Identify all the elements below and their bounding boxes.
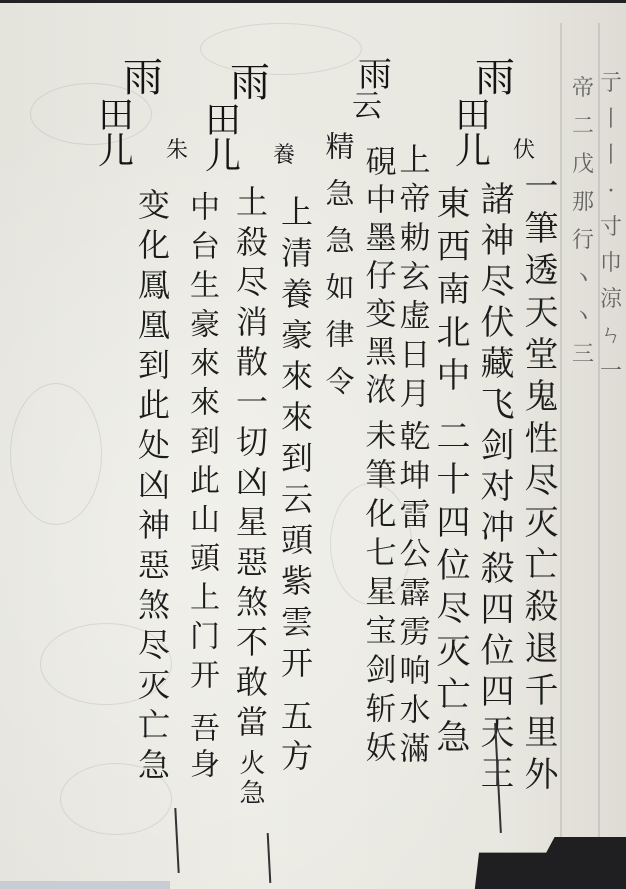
glyph-rain-radical: 雨 [340,58,410,92]
column-text: 諸神尽伏藏飞剑对冲殺四位四天王 [477,181,511,796]
text-column-b: 諸神尽伏藏飞剑对冲殺四位四天王 [476,181,512,796]
text-column-d: 上帝勅玄虚日月 乾坤雷公霹雳响水滿 [394,143,428,771]
column-text: 上帝勅玄虚日月 [396,143,427,416]
column-text-continued: 二十四位尽灭亡急 [433,418,467,762]
glyph-rain-radical: 雨 [98,58,188,98]
paper-fiber [10,383,102,525]
text-column-f: 精急急如律令 [322,131,354,413]
dark-background-corner [416,837,626,889]
glyph-bottom: 云 [340,92,410,122]
text-column-j: 变化鳳凰到此处凶神惡煞尽灭亡急 [134,188,170,788]
column-text: 上清養豪來來到云頭紫雲开 [279,195,311,687]
glyph-bottom: 田儿 養 [205,103,295,175]
column-text-continued: 乾坤雷公霹雳响水滿 [396,420,427,771]
column-text-continued: 五方 [279,699,311,779]
column-text: 東西南北中 [433,185,467,400]
talisman-tail-stroke [267,833,272,883]
edge-strip-outer: 亍 丨 丨 · 寸 巾 涼 ㄣ 一 [600,73,622,383]
column-text: 中台生豪來來到此山頭上门开 [186,191,216,698]
column-text: 土殺尽消散一切凶星惡煞不敢當 [234,185,266,745]
glyph-bottom: 田儿 伏 [455,98,535,170]
text-column-g: 上清養豪來來到云頭紫雲开 五方 [278,195,312,779]
column-text-continued: 吾身 [186,712,216,784]
edge-strip-inner: 帝 二 戊 那 行 ヽ ヽ 三 [572,78,594,366]
column-text-continued: 未筆化七星宝剑斩妖 [362,419,393,770]
column-text: 一筆透天堂鬼性尽灭亡殺退千里外 [521,168,555,798]
talisman-glyph-yun: 雨 云 [340,58,410,122]
sheet-edge [560,23,562,843]
glyph-rain-radical: 雨 [455,58,535,98]
talisman-glyph-yang: 雨 田儿 養 [205,63,295,175]
text-column-e: 硯中墨仔变黑浓 未筆化七星宝剑斩妖 [360,145,394,770]
column-text: 变化鳳凰到此处凶神惡煞尽灭亡急 [136,188,168,788]
column-text-continued: 火急 [237,749,263,809]
column-text: 硯中墨仔变黑浓 [362,145,393,411]
text-column-a: 一筆透天堂鬼性尽灭亡殺退千里外 [520,168,556,798]
talisman-glyph-zhu: 雨 田儿 朱 [98,58,188,170]
text-column-c: 東西南北中 二十四位尽灭亡急 [432,185,468,762]
talisman-glyph-fu: 雨 田儿 伏 [455,58,535,170]
table-surface [0,881,170,889]
glyph-rain-radical: 雨 [205,63,295,103]
column-text: 精急急如律令 [324,131,353,413]
glyph-bottom: 田儿 朱 [98,98,188,170]
manuscript-page: 亍 丨 丨 · 寸 巾 涼 ㄣ 一 帝 二 戊 那 行 ヽ ヽ 三 雨 田儿 伏… [0,3,626,889]
text-column-h: 土殺尽消散一切凶星惡煞不敢當 火急 [232,185,268,809]
talisman-tail-stroke [174,808,179,873]
text-column-i: 中台生豪來來到此山頭上门开 吾身 [184,191,218,784]
